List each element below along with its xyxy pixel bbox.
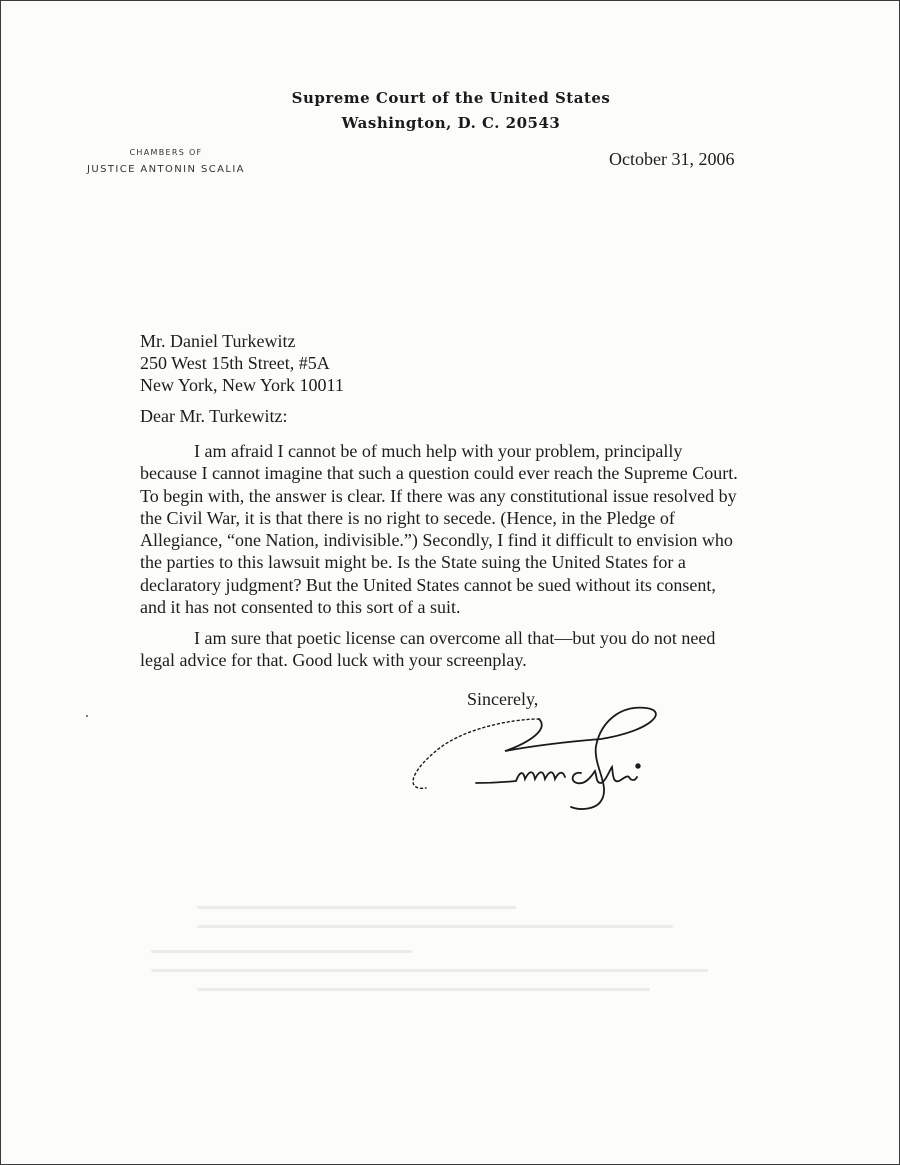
recipient-street: 250 West 15th Street, #5A [140, 352, 344, 374]
bleed-through-text [151, 906, 731, 1036]
paragraph-1-text: I am afraid I cannot be of much help wit… [140, 441, 738, 617]
salutation: Dear Mr. Turkewitz: [140, 406, 288, 427]
recipient-address: Mr. Daniel Turkewitz 250 West 15th Stree… [140, 330, 344, 396]
letterhead-location: Washington, D. C. 20543 [1, 114, 900, 132]
body-paragraph-2: I am sure that poetic license can overco… [140, 627, 740, 672]
chambers-justice: JUSTICE ANTONIN SCALIA [81, 164, 251, 175]
paper-speck [86, 715, 88, 717]
letter-date: October 31, 2006 [609, 149, 734, 170]
paragraph-2-text: I am sure that poetic license can overco… [140, 628, 715, 670]
letterhead-court: Supreme Court of the United States [1, 89, 900, 107]
body-paragraph-1: I am afraid I cannot be of much help wit… [140, 440, 740, 618]
signature-icon [401, 691, 701, 831]
recipient-city: New York, New York 10011 [140, 374, 344, 396]
recipient-name: Mr. Daniel Turkewitz [140, 330, 344, 352]
chambers-label: CHAMBERS OF [81, 148, 251, 157]
letter-page: Supreme Court of the United States Washi… [0, 0, 900, 1165]
